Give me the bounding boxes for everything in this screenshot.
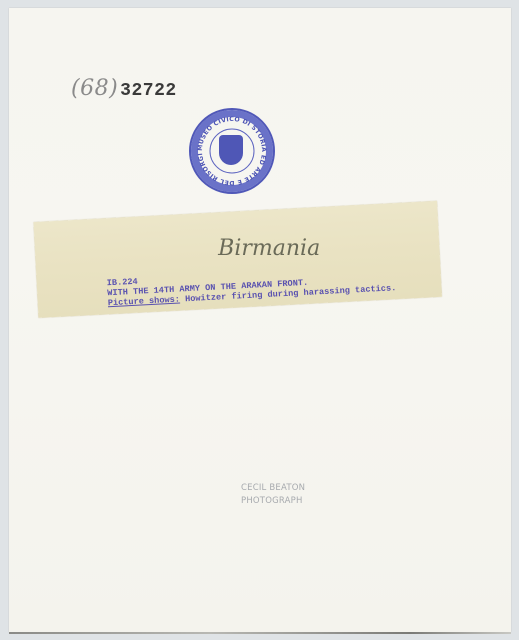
handwritten-note: Birmania <box>218 236 320 261</box>
caption-label-tape: Birmania IB.224 WITH THE 14TH ARMY ON TH… <box>33 201 441 318</box>
credit-name: CECIL BEATON <box>241 482 305 495</box>
handwritten-prefix: (68) <box>71 76 118 101</box>
coat-of-arms-shield-icon <box>219 135 243 165</box>
photographer-credit-stamp: CECIL BEATON PHOTOGRAPH <box>241 482 305 508</box>
museum-stamp: MUSEO CIVICO DI STORIA ED ARTE E DEL RIS… <box>189 108 275 194</box>
archive-number: (68)32722 <box>71 76 177 101</box>
typed-caption: IB.224 WITH THE 14TH ARMY ON THE ARAKAN … <box>107 263 397 308</box>
photo-back-sheet: (68)32722 MUSEO CIVICO DI STORIA ED ARTE… <box>9 8 511 632</box>
stamped-number: 32722 <box>120 81 177 101</box>
credit-label: PHOTOGRAPH <box>241 495 305 508</box>
